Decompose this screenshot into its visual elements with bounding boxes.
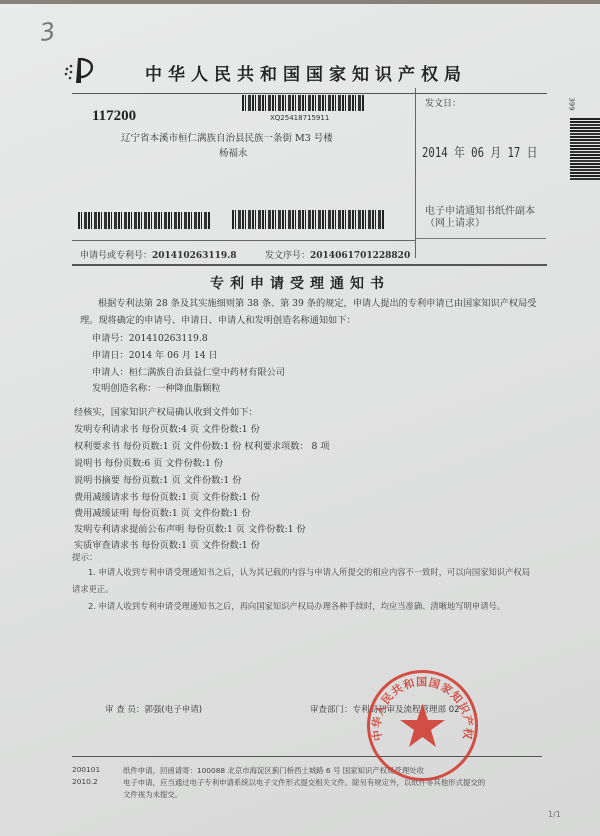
photo-edge [0, 0, 600, 4]
field-invention-name: 发明创造名称：一种降血脂颗粒 [92, 380, 221, 394]
issue-date: 2014 年 06 月 17 日 [422, 142, 537, 161]
examiner: 审 查 员：郭强(电子申请) [105, 703, 202, 715]
document-item: 发明专利请求书 每份页数:4 页 文件份数:1 份 [74, 421, 260, 435]
ids-divider [72, 240, 415, 241]
document-item: 费用减缓证明 每份页数:1 页 文件份数:1 份 [74, 505, 251, 519]
form-code-2: 2010.2 [72, 777, 98, 786]
field-label: 发明创造名称： [92, 383, 156, 394]
document-item: 说明书摘要 每份页数:1 页 文件份数:1 份 [74, 472, 241, 486]
copy-note: 电子申请通知书纸件副本（网上请求） [425, 206, 545, 230]
office-name: 中华人民共和国国家知识产权局 [145, 60, 467, 85]
form-code-1: 200101 [72, 765, 100, 774]
title-divider [72, 264, 547, 266]
recipient-barcode [242, 95, 364, 111]
header-column-divider [415, 88, 416, 258]
document-item: 权利要求书 每份页数:1 页 文件份数:1 份 权利要求项数： 8 项 [74, 438, 329, 452]
receipt-intro: 经核实，国家知识产权局确认收到文件如下： [74, 404, 258, 418]
hint-item: 请求更正。 [72, 583, 114, 595]
document-item: 发明专利请求提前公布声明 每份页数:1 页 文件份数:1 份 [74, 521, 306, 535]
field-label: 申请日： [92, 350, 129, 361]
cnipa-logo-icon [62, 55, 96, 85]
side-barcode [570, 118, 600, 180]
field-value: 一种降血脂颗粒 [156, 383, 220, 394]
field-application-no: 申请号：201410263119.8 [92, 330, 208, 344]
document-item: 费用减缓请求书 每份页数:1 页 文件份数:1 份 [74, 489, 260, 503]
application-number-label: 申请号或专利号： [80, 251, 152, 261]
hint-label: 提示： [72, 551, 98, 563]
doc-serial: 发文序号：2014061701228820 [265, 248, 410, 261]
field-value: 201410263119.8 [129, 333, 208, 344]
recipient-name: 杨福永 [219, 145, 248, 159]
field-label: 申请号： [92, 333, 129, 344]
postcode: 117200 [92, 108, 136, 125]
notice-intro: 根据专利法第 28 条及其实施细则第 38 条、第 39 条的规定，申请人提出的… [80, 295, 550, 329]
recipient-address: 辽宁省本溪市桓仁满族自治县民族一条街 M3 号楼 [121, 130, 333, 144]
field-filing-date: 申请日：2014 年 06 月 14 日 [92, 347, 218, 361]
doc-serial-value: 2014061701228820 [310, 251, 410, 261]
document-item: 说明书 每份页数:6 页 文件份数:1 份 [74, 455, 223, 469]
footer-line-3: 文件视为未提交。 [123, 789, 182, 800]
side-number: 399 [568, 97, 576, 110]
field-label: 申请人： [92, 367, 129, 378]
hint-item: 1. 申请人收到专利申请受理通知书之后，认为其记载的内容与申请人所提交的相应内容… [88, 566, 530, 578]
field-applicant: 申请人：桓仁满族自治县益仁堂中药材有限公司 [92, 364, 285, 378]
document-item: 实质审查请求书 每份页数:1 页 文件份数:1 份 [74, 537, 260, 551]
barcode-text: XQ25418715911 [270, 114, 329, 122]
hint-item: 2. 申请人收到专利申请受理通知书之后，再向国家知识产权局办理各种手续时，均应当… [88, 600, 505, 612]
application-number: 申请号或专利号：201410263119.8 [80, 248, 237, 261]
field-value: 2014 年 06 月 14 日 [129, 350, 218, 361]
official-seal-icon: 中华人民共和国国家知识产权局 [365, 668, 480, 783]
page-number: 1/1 [548, 810, 561, 819]
doc-serial-label: 发文序号： [265, 251, 310, 261]
issue-date-label: 发文日： [425, 96, 461, 109]
application-number-value: 201410263119.8 [152, 251, 237, 261]
handwritten-page-mark: 3 [38, 17, 57, 47]
barcode-left [78, 212, 210, 229]
notice-title: 专利申请受理通知书 [0, 273, 600, 293]
issue-box-bottom [416, 238, 546, 239]
header-divider [72, 93, 547, 94]
barcode-right [232, 210, 384, 229]
field-value: 桓仁满族自治县益仁堂中药材有限公司 [129, 367, 285, 378]
